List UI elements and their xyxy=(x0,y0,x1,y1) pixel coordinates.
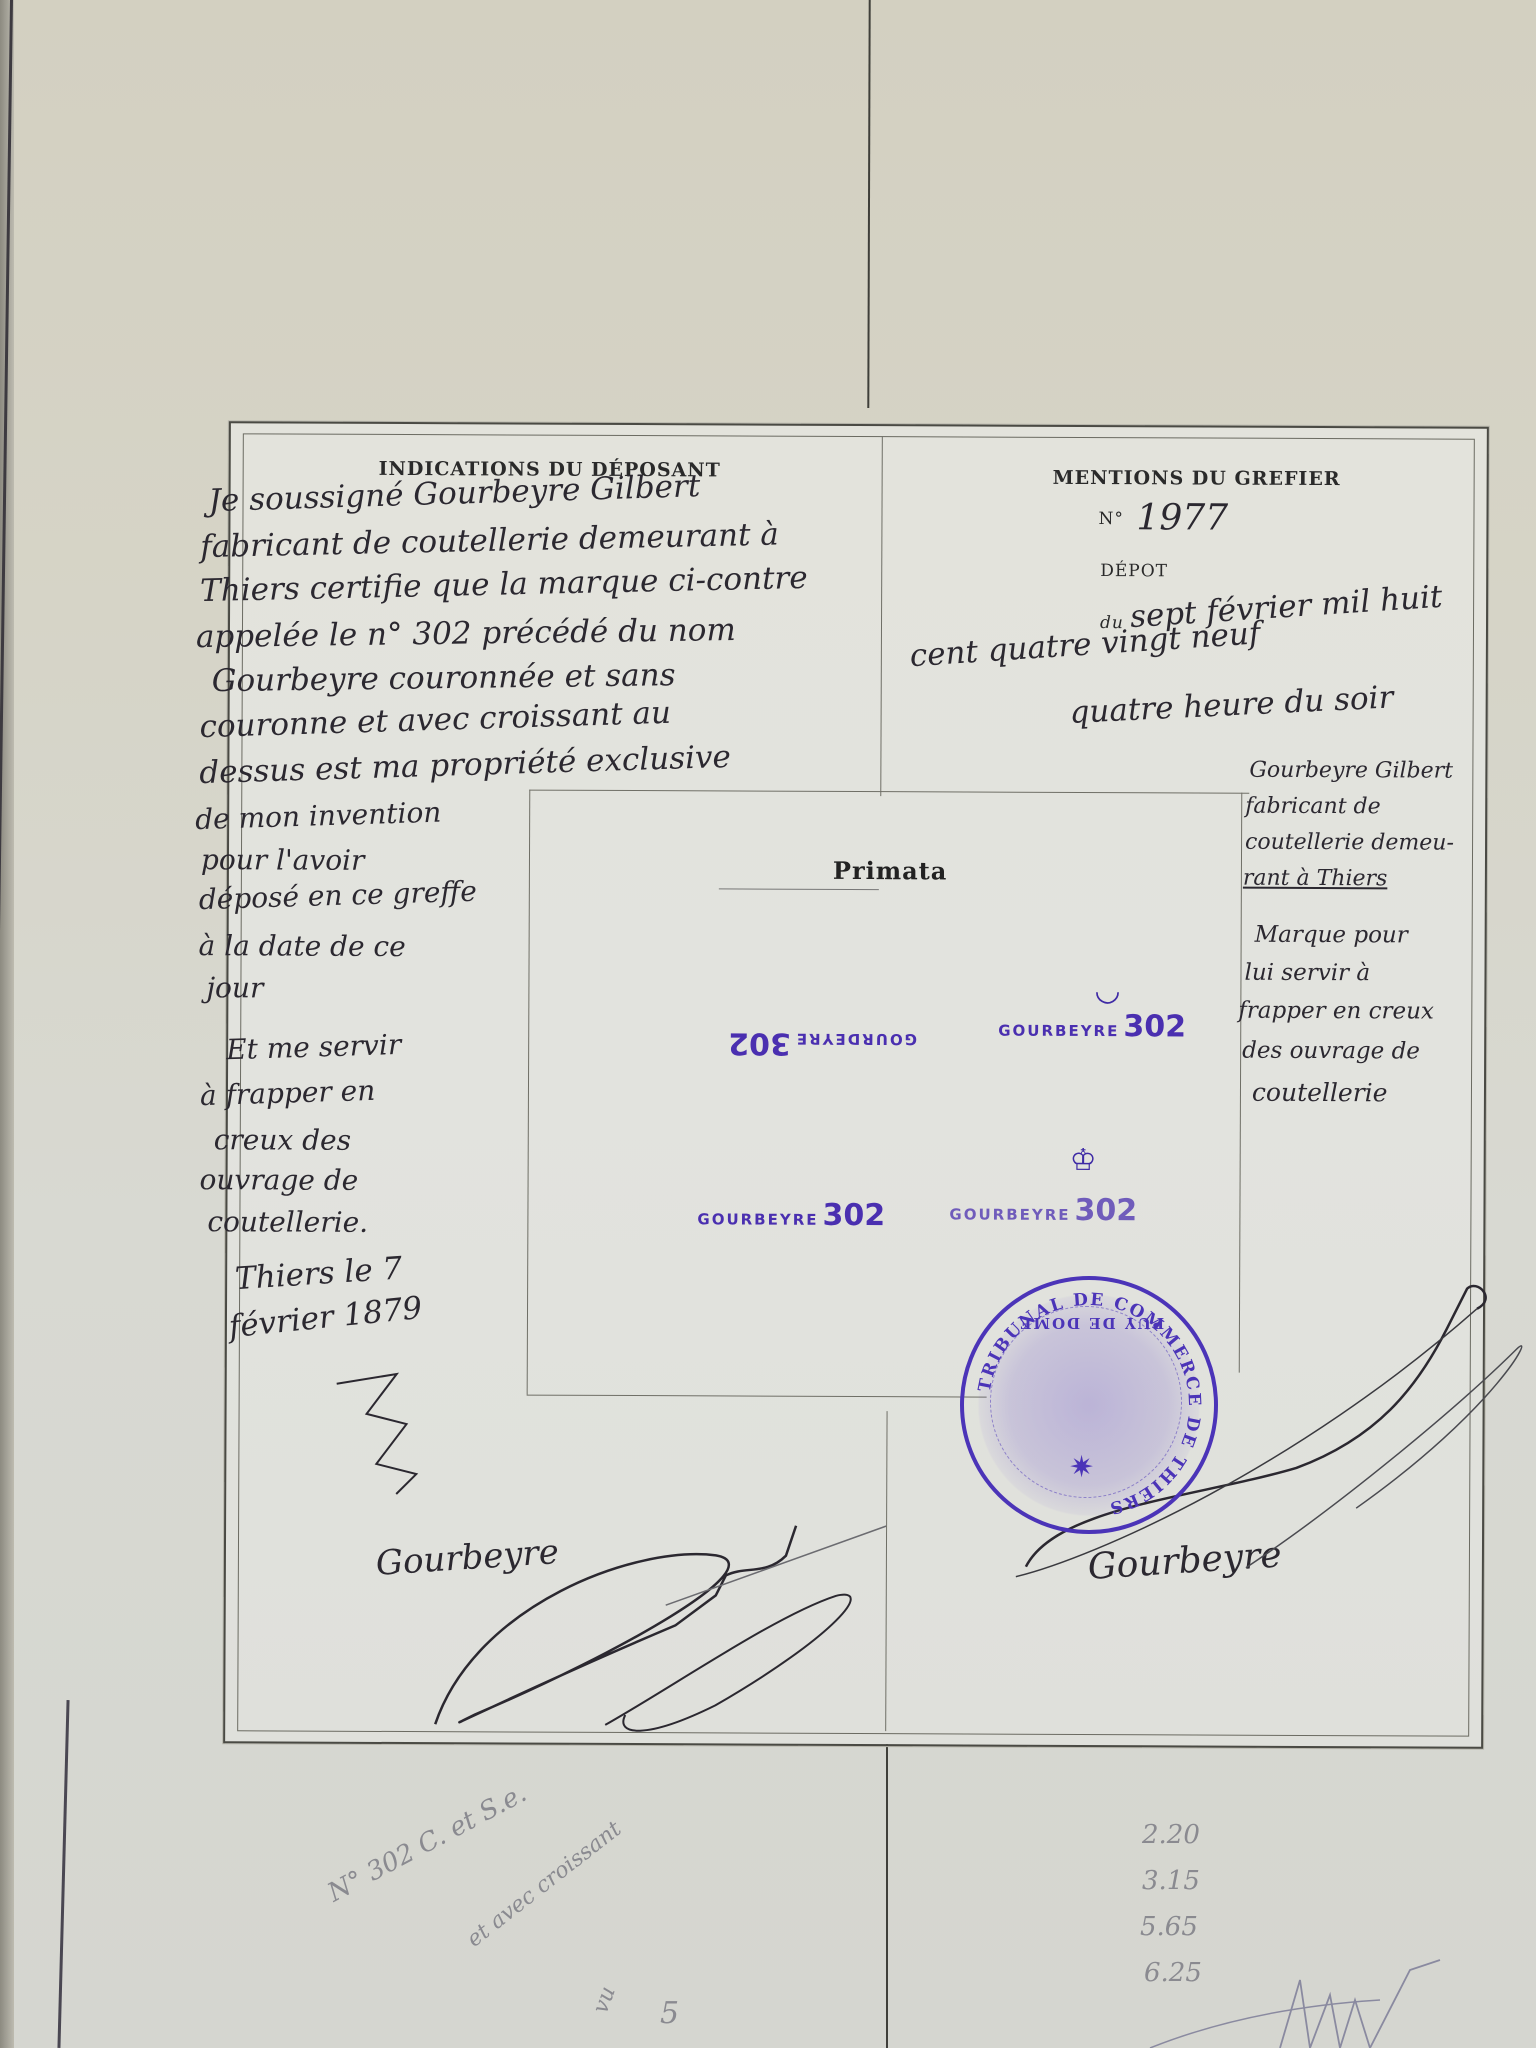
deposit-number: 1977 xyxy=(1136,497,1228,538)
handwritten-line: à frapper en xyxy=(199,1074,375,1112)
depositor-paraph-mark xyxy=(326,1364,447,1505)
deposit-form: INDICATIONS DU DÉPOSANT MENTIONS DU GREF… xyxy=(223,421,1489,1748)
usage-text: Et me servir à frapper en creux des ouvr… xyxy=(231,423,1487,428)
registrar-paraph-left xyxy=(415,1484,936,1746)
handwritten-line: lui servir à xyxy=(1244,960,1370,987)
pencil-signature xyxy=(1140,1950,1520,2048)
handwritten-line: à la date de ce xyxy=(199,929,406,963)
pencil-note: N° 302 C. et S.e. xyxy=(323,1778,532,1908)
handwritten-line: frapper en creux xyxy=(1238,998,1434,1025)
trademark-stamp-plain: GOURBEYRE 302 xyxy=(697,1197,885,1233)
tribunal-commerce-seal: TRIBUNAL DE COMMERCE DE THIERS PUY DE DO… xyxy=(960,1276,1218,1534)
trademark-stamp-inverted: GOURDEYRE 302 xyxy=(728,1025,917,1061)
handwritten-line: Marque pour xyxy=(1255,922,1408,949)
handwritten-line: jour xyxy=(206,971,263,1004)
pencil-note: vu xyxy=(588,1983,621,2017)
handwritten-line: ouvrage de xyxy=(200,1163,359,1197)
depositor-identity-text: Gourbeyre Gilbert fabricant de couteller… xyxy=(231,423,1487,428)
handwritten-line: creux des xyxy=(214,1123,351,1157)
ledger-margin-rule xyxy=(57,1700,69,2048)
handwritten-line: pour l'avoir xyxy=(201,843,365,877)
pencil-figure: 3.15 xyxy=(1142,1866,1200,1896)
handwritten-line: coutellerie xyxy=(1252,1078,1388,1108)
star-emblem-icon: ✷ xyxy=(1069,1450,1094,1485)
number-label: N° xyxy=(1098,509,1123,529)
pencil-figure: 2.20 xyxy=(1142,1820,1200,1850)
depot-label: DÉPOT xyxy=(1100,561,1168,581)
seal-inner-text: PUY DE DOME xyxy=(1018,1314,1164,1332)
handwritten-line: appelée le n° 302 précédé du nom xyxy=(196,612,736,655)
pencil-figure: 5.65 xyxy=(1140,1912,1198,1942)
crown-icon: ♔ xyxy=(1070,1143,1097,1178)
handwritten-line: fabricant de xyxy=(1245,794,1381,820)
primata-title: Primata xyxy=(833,856,948,885)
trademark-stamp-crown: GOURBEYRE 302 xyxy=(949,1192,1137,1228)
declaration-text: Je soussigné Gourbeyre Gilbert fabricant… xyxy=(231,423,1487,428)
handwritten-line: Gourbeyre couronnée et sans xyxy=(212,657,676,699)
registrar-header: MENTIONS DU GREFIER xyxy=(1053,467,1341,490)
handwritten-line: des ouvrage de xyxy=(1242,1038,1420,1065)
deposit-date-text: sept février mil huit cent quatre vingt … xyxy=(231,423,1487,428)
purpose-text: Marque pour lui servir à frapper en creu… xyxy=(231,423,1487,428)
ledger-column-rule xyxy=(867,0,870,408)
ledger-column-rule-lower xyxy=(886,1735,888,2048)
pencil-note: et avec croissant xyxy=(462,1817,626,1953)
place-date: Thiers le 7 février 1879 xyxy=(231,423,1487,428)
handwritten-line: coutellerie demeu- xyxy=(1245,830,1454,856)
handwritten-line: rant à Thiers xyxy=(1243,866,1388,892)
handwritten-line: coutellerie. xyxy=(207,1205,368,1239)
pencil-note: 5 xyxy=(660,1996,679,2031)
handwritten-line: Et me servir xyxy=(226,1028,402,1066)
trademark-stamp-crescent: GOURBEYRE 302 xyxy=(998,1009,1186,1045)
crescent-icon: ◡ xyxy=(1094,973,1120,1008)
handwritten-line: Gourbeyre Gilbert xyxy=(1249,758,1453,784)
